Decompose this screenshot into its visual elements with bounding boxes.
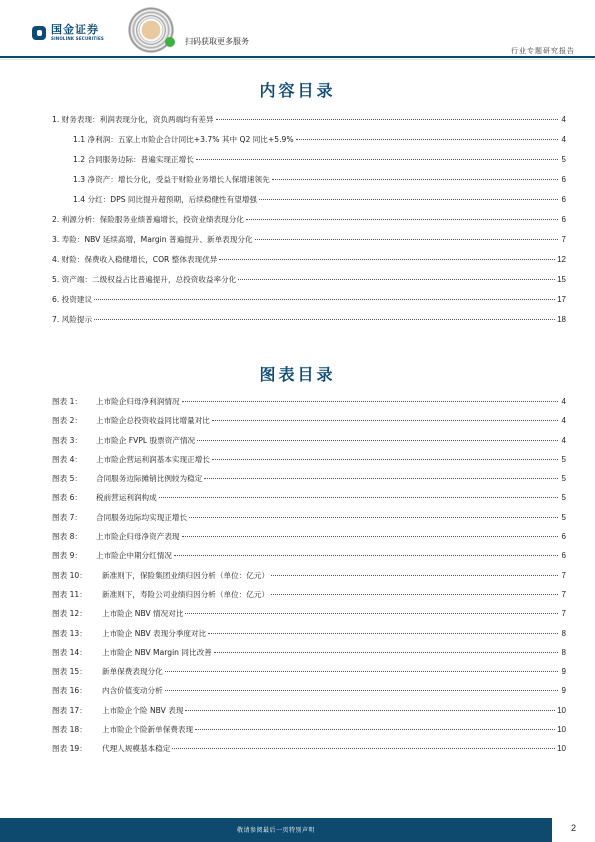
figure-page-number: 9: [560, 686, 566, 695]
leader-dots: [182, 401, 558, 402]
leader-dots: [185, 613, 558, 614]
toc-item[interactable]: 5. 资产端：二级权益占比普遍提升，总投资收益率分化15: [52, 274, 566, 294]
leader-dots: [174, 555, 558, 556]
toc-page-number: 6: [560, 195, 566, 204]
leader-dots: [272, 179, 558, 180]
toc-item[interactable]: 2. 利源分析：保险服务业绩普遍增长，投资业绩表现分化6: [52, 214, 566, 234]
toc-page-number: 6: [560, 215, 566, 224]
toc-item[interactable]: 1.1 净利润：五家上市险企合计同比+3.7% 其中 Q2 同比+5.9%4: [52, 134, 566, 154]
leader-dots: [165, 690, 558, 691]
list-of-figures: 图表 1：上市险企归母净利润情况4 图表 2：上市险企总投资收益同比增量对比4 …: [52, 396, 566, 763]
leader-dots: [255, 239, 558, 240]
figure-item[interactable]: 图表 2：上市险企总投资收益同比增量对比4: [52, 415, 566, 434]
footer-disclaimer: 敬请参阅最后一页特别声明: [0, 825, 552, 834]
figure-page-number: 9: [560, 667, 566, 676]
figure-page-number: 5: [560, 513, 566, 522]
report-type-label: 行业专题研究报告: [511, 46, 575, 56]
leader-dots: [271, 594, 558, 595]
figure-page-number: 5: [560, 493, 566, 502]
figure-page-number: 7: [560, 590, 566, 599]
sinolink-logo-icon: [32, 26, 46, 40]
figure-item[interactable]: 图表 1：上市险企归母净利润情况4: [52, 396, 566, 415]
figure-item[interactable]: 图表 10：新准则下，保险集团业绩归因分析（单位：亿元）7: [52, 570, 566, 589]
toc-page-number: 4: [560, 135, 566, 144]
figure-page-number: 4: [560, 436, 566, 445]
figure-item[interactable]: 图表 8：上市险企归母净资产表现6: [52, 531, 566, 550]
leader-dots: [238, 279, 555, 280]
leader-dots: [214, 652, 558, 653]
leader-dots: [197, 440, 558, 441]
toc-item[interactable]: 3. 寿险：NBV 延续高增，Margin 普遍提升、新单表现分化7: [52, 234, 566, 254]
figure-item[interactable]: 图表 18：上市险企个险新单保费表现10: [52, 724, 566, 743]
figure-page-number: 7: [560, 571, 566, 580]
leader-dots: [296, 139, 558, 140]
toc-item[interactable]: 6. 投资建议17: [52, 294, 566, 314]
page-header: 国金证券 SINOLINK SECURITIES 扫码获取更多服务 行业专题研究…: [0, 0, 595, 62]
leader-dots: [212, 420, 558, 421]
brand-name-en: SINOLINK SECURITIES: [51, 37, 104, 41]
leader-dots: [182, 536, 558, 537]
table-of-contents: 1. 财务表现：利润表现分化，资负两端均有差异4 1.1 净利润：五家上市险企合…: [52, 114, 566, 334]
figure-page-number: 7: [560, 609, 566, 618]
figure-page-number: 10: [557, 725, 566, 734]
leader-dots: [212, 459, 558, 460]
leader-dots: [172, 748, 555, 749]
page-footer: 敬请参阅最后一页特别声明 2: [0, 818, 595, 842]
toc-page-number: 4: [560, 115, 566, 124]
qr-caption: 扫码获取更多服务: [185, 36, 249, 47]
toc-item[interactable]: 7. 风险提示18: [52, 314, 566, 334]
toc-item[interactable]: 1.3 净资产：增长分化，受益于财险业务增长人保增速领先6: [52, 174, 566, 194]
brand-name-cn: 国金证券: [51, 24, 104, 35]
toc-item[interactable]: 1.4 分红：DPS 同比提升超预期，后续稳健性有望增强6: [52, 194, 566, 214]
figure-item[interactable]: 图表 19：代理人规模基本稳定10: [52, 743, 566, 762]
figure-page-number: 6: [560, 551, 566, 560]
figure-item[interactable]: 图表 7：合同服务边际均实现正增长5: [52, 512, 566, 531]
leader-dots: [271, 575, 558, 576]
leader-dots: [219, 259, 555, 260]
figure-item[interactable]: 图表 6：税前营运利润构成5: [52, 492, 566, 511]
wechat-badge-icon: [165, 37, 175, 47]
figure-page-number: 5: [560, 474, 566, 483]
leader-dots: [208, 633, 558, 634]
figure-page-number: 10: [557, 744, 566, 753]
figure-page-number: 4: [560, 416, 566, 425]
figure-page-number: 8: [560, 648, 566, 657]
header-divider: [0, 56, 595, 58]
figure-page-number: 10: [557, 706, 566, 715]
page-number: 2: [552, 823, 595, 833]
leader-dots: [195, 729, 555, 730]
figure-page-number: 8: [560, 629, 566, 638]
figure-page-number: 5: [560, 455, 566, 464]
toc-item[interactable]: 4. 财险：保费收入稳健增长，COR 整体表现优异12: [52, 254, 566, 274]
toc-page-number: 7: [560, 235, 566, 244]
leader-dots: [94, 299, 555, 300]
leader-dots: [189, 517, 558, 518]
leader-dots: [246, 219, 558, 220]
figure-page-number: 4: [560, 397, 566, 406]
leader-dots: [94, 319, 555, 320]
figure-item[interactable]: 图表 17：上市险企个险 NBV 表现10: [52, 705, 566, 724]
leader-dots: [196, 159, 558, 160]
toc-page-number: 6: [560, 175, 566, 184]
sinolink-logo: 国金证券 SINOLINK SECURITIES: [32, 24, 104, 41]
figure-item[interactable]: 图表 16：内含价值变动分析9: [52, 685, 566, 704]
toc-page-number: 17: [557, 295, 566, 304]
figure-page-number: 6: [560, 532, 566, 541]
toc-item[interactable]: 1.2 合同服务边际：普遍实现正增长5: [52, 154, 566, 174]
figure-item[interactable]: 图表 11：新准则下，寿险公司业绩归因分析（单位：亿元）7: [52, 589, 566, 608]
leader-dots: [159, 497, 558, 498]
toc-page-number: 5: [560, 155, 566, 164]
toc-page-number: 15: [557, 275, 566, 284]
leader-dots: [259, 199, 558, 200]
leader-dots: [185, 710, 555, 711]
figure-item[interactable]: 图表 3：上市险企 FVPL 股票资产情况4: [52, 435, 566, 454]
header-divider-thin: [0, 59, 595, 60]
figure-item[interactable]: 图表 5：合同服务边际摊销比例较为稳定5: [52, 473, 566, 492]
figure-item[interactable]: 图表 15：新单保费表现分化9: [52, 666, 566, 685]
toc-page-number: 18: [557, 315, 566, 324]
leader-dots: [216, 119, 558, 120]
contents-title: 内容目录: [0, 78, 595, 101]
leader-dots: [165, 671, 558, 672]
figure-item[interactable]: 图表 4：上市险企营运利润基本实现正增长5: [52, 454, 566, 473]
toc-page-number: 12: [557, 255, 566, 264]
leader-dots: [204, 478, 558, 479]
figure-item[interactable]: 图表 14：上市险企 NBV Margin 同比改善8: [52, 647, 566, 666]
figures-title: 图表目录: [0, 362, 595, 385]
figure-item[interactable]: 图表 12：上市险企 NBV 情况对比7: [52, 608, 566, 627]
toc-item[interactable]: 1. 财务表现：利润表现分化，资负两端均有差异4: [52, 114, 566, 134]
figure-item[interactable]: 图表 9：上市险企中期分红情况6: [52, 550, 566, 569]
figure-item[interactable]: 图表 13：上市险企 NBV 表现分季度对比8: [52, 628, 566, 647]
